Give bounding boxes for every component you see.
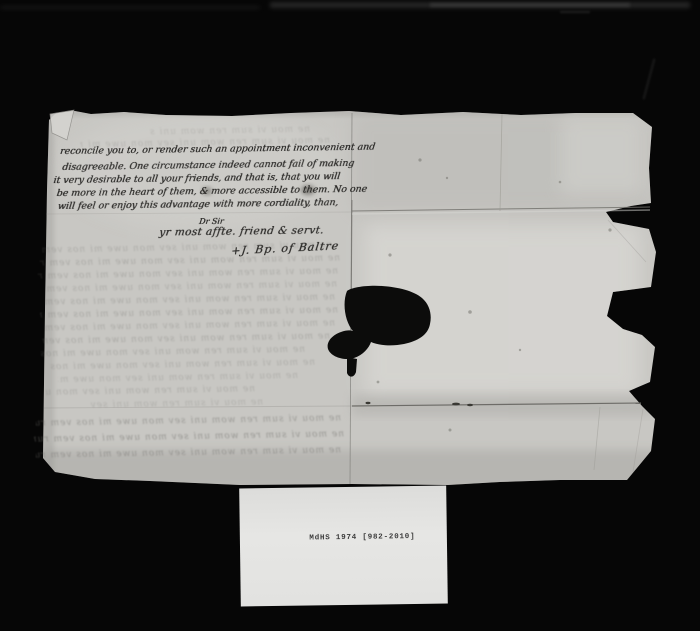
catalog-label-text: MdHS 1974 [982-2010]: [240, 533, 447, 544]
catalog-label-card: MdHS 1974 [982-2010]: [239, 486, 448, 607]
photo-stage: ne mou vi sum ren wom uni sev mon uwe mi…: [0, 0, 700, 631]
